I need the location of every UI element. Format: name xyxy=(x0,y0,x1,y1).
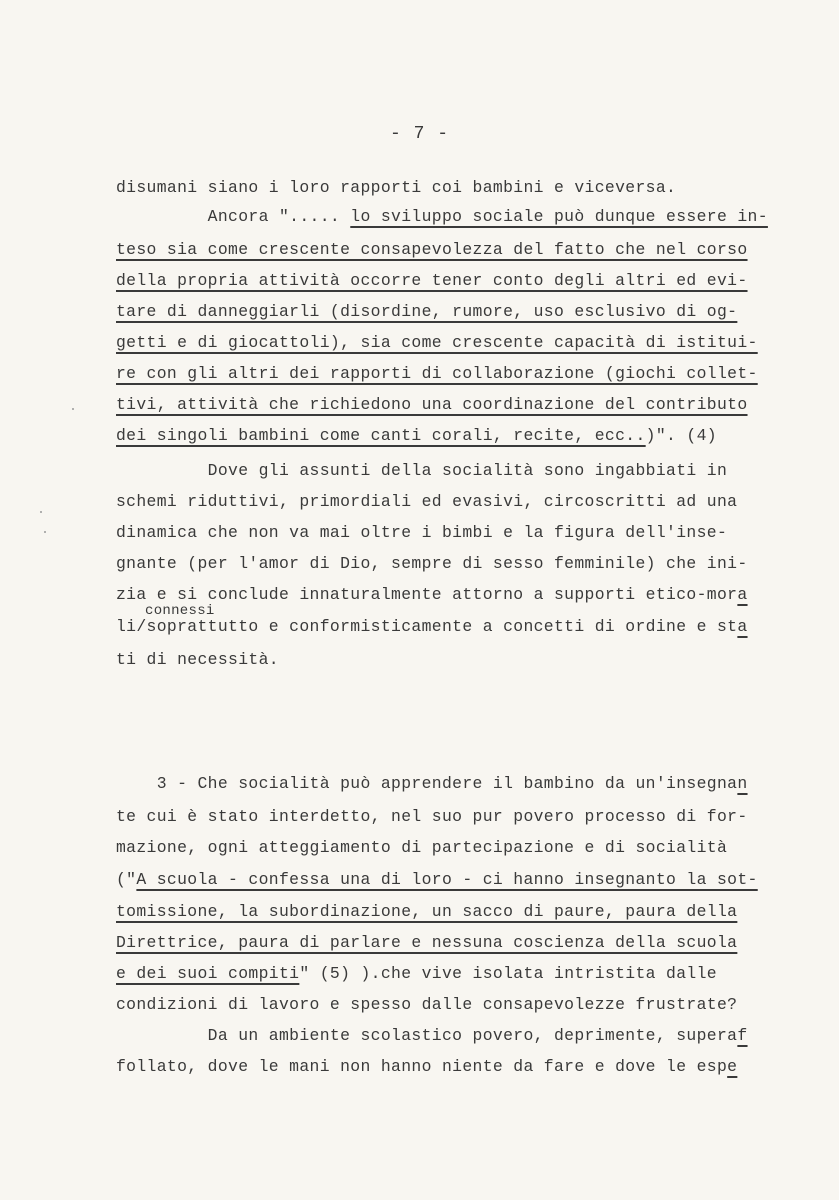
text-segment: disumani siano i loro rapporti coi bambi… xyxy=(116,178,676,197)
underlined-quote: a xyxy=(737,617,747,636)
text-line: zia e si conclude innaturalmente attorno… xyxy=(116,585,748,605)
text-segment: Ancora "..... xyxy=(116,207,350,226)
text-segment: te cui è stato interdetto, nel suo pur p… xyxy=(116,807,748,826)
text-segment: condizioni di lavoro e spesso dalle cons… xyxy=(116,995,737,1014)
text-line: re con gli altri dei rapporti di collabo… xyxy=(116,364,758,384)
text-line: dei singoli bambini come canti corali, r… xyxy=(116,426,717,446)
paper-speck xyxy=(44,531,46,533)
underlined-quote: della propria attività occorre tener con… xyxy=(116,271,748,290)
underlined-quote: re con gli altri dei rapporti di collabo… xyxy=(116,364,758,383)
text-line: ti di necessità. xyxy=(116,650,279,670)
text-line: te cui è stato interdetto, nel suo pur p… xyxy=(116,807,748,827)
underlined-quote: a xyxy=(737,585,747,604)
underlined-quote: tomissione, la subordinazione, un sacco … xyxy=(116,902,737,921)
underlined-quote: Direttrice, paura di parlare e nessuna c… xyxy=(116,933,737,952)
text-segment: )". (4) xyxy=(646,426,717,445)
text-line: tare di danneggiarli (disordine, rumore,… xyxy=(116,302,737,322)
text-line: li/soprattutto e conformisticamente a co… xyxy=(116,617,748,637)
underlined-quote: lo sviluppo sociale può dunque essere in… xyxy=(350,207,768,226)
underlined-quote: n xyxy=(737,774,747,793)
underlined-quote: getti e di giocattoli), sia come crescen… xyxy=(116,333,758,352)
text-line: Dove gli assunti della socialità sono in… xyxy=(116,461,727,481)
text-line: dinamica che non va mai oltre i bimbi e … xyxy=(116,523,727,543)
text-segment: mazione, ogni atteggiamento di partecipa… xyxy=(116,838,727,857)
text-segment: dinamica che non va mai oltre i bimbi e … xyxy=(116,523,727,542)
text-line: Da un ambiente scolastico povero, deprim… xyxy=(116,1026,748,1046)
text-segment: Dove gli assunti della socialità sono in… xyxy=(116,461,727,480)
text-line: mazione, ogni atteggiamento di partecipa… xyxy=(116,838,727,858)
text-line: ("A scuola - confessa una di loro - ci h… xyxy=(116,870,758,890)
text-segment: (" xyxy=(116,870,136,889)
text-line: teso sia come crescente consapevolezza d… xyxy=(116,240,748,260)
paper-speck xyxy=(40,511,42,513)
text-segment: zia e si conclude innaturalmente attorno… xyxy=(116,585,737,604)
text-line: follato, dove le mani non hanno niente d… xyxy=(116,1057,737,1077)
text-segment: gnante (per l'amor di Dio, sempre di ses… xyxy=(116,554,748,573)
document-page: - 7 - disumani siano i loro rapporti coi… xyxy=(0,0,839,1200)
text-line: tivi, attività che richiedono una coordi… xyxy=(116,395,748,415)
text-line: condizioni di lavoro e spesso dalle cons… xyxy=(116,995,737,1015)
text-segment: follato, dove le mani non hanno niente d… xyxy=(116,1057,727,1076)
text-segment: li/soprattutto e conformisticamente a co… xyxy=(116,617,737,636)
text-line: tomissione, la subordinazione, un sacco … xyxy=(116,902,737,922)
text-segment: " (5) ).che vive isolata intristita dall… xyxy=(299,964,717,983)
text-segment: 3 - Che socialità può apprendere il bamb… xyxy=(116,774,737,793)
underlined-quote: tare di danneggiarli (disordine, rumore,… xyxy=(116,302,737,321)
underlined-quote: e dei suoi compiti xyxy=(116,964,299,983)
text-segment: ti di necessità. xyxy=(116,650,279,669)
underlined-quote: f xyxy=(737,1026,747,1045)
text-line: schemi riduttivi, primordiali ed evasivi… xyxy=(116,492,737,512)
underlined-quote: tivi, attività che richiedono una coordi… xyxy=(116,395,748,414)
text-line: disumani siano i loro rapporti coi bambi… xyxy=(116,178,676,198)
text-line: getti e di giocattoli), sia come crescen… xyxy=(116,333,758,353)
paper-speck xyxy=(72,408,74,410)
text-line: della propria attività occorre tener con… xyxy=(116,271,748,291)
interlinear-insertion: connessi xyxy=(145,603,215,619)
text-segment: Da un ambiente scolastico povero, deprim… xyxy=(116,1026,737,1045)
underlined-quote: teso sia come crescente consapevolezza d… xyxy=(116,240,748,259)
text-segment: schemi riduttivi, primordiali ed evasivi… xyxy=(116,492,737,511)
text-line: 3 - Che socialità può apprendere il bamb… xyxy=(116,774,748,794)
underlined-quote: dei singoli bambini come canti corali, r… xyxy=(116,426,646,445)
text-line: gnante (per l'amor di Dio, sempre di ses… xyxy=(116,554,748,574)
text-line: Ancora "..... lo sviluppo sociale può du… xyxy=(116,207,768,227)
underlined-quote: e xyxy=(727,1057,737,1076)
text-line: e dei suoi compiti" (5) ).che vive isola… xyxy=(116,964,717,984)
text-line: Direttrice, paura di parlare e nessuna c… xyxy=(116,933,737,953)
underlined-quote: A scuola - confessa una di loro - ci han… xyxy=(136,870,757,889)
page-number: - 7 - xyxy=(0,124,839,144)
